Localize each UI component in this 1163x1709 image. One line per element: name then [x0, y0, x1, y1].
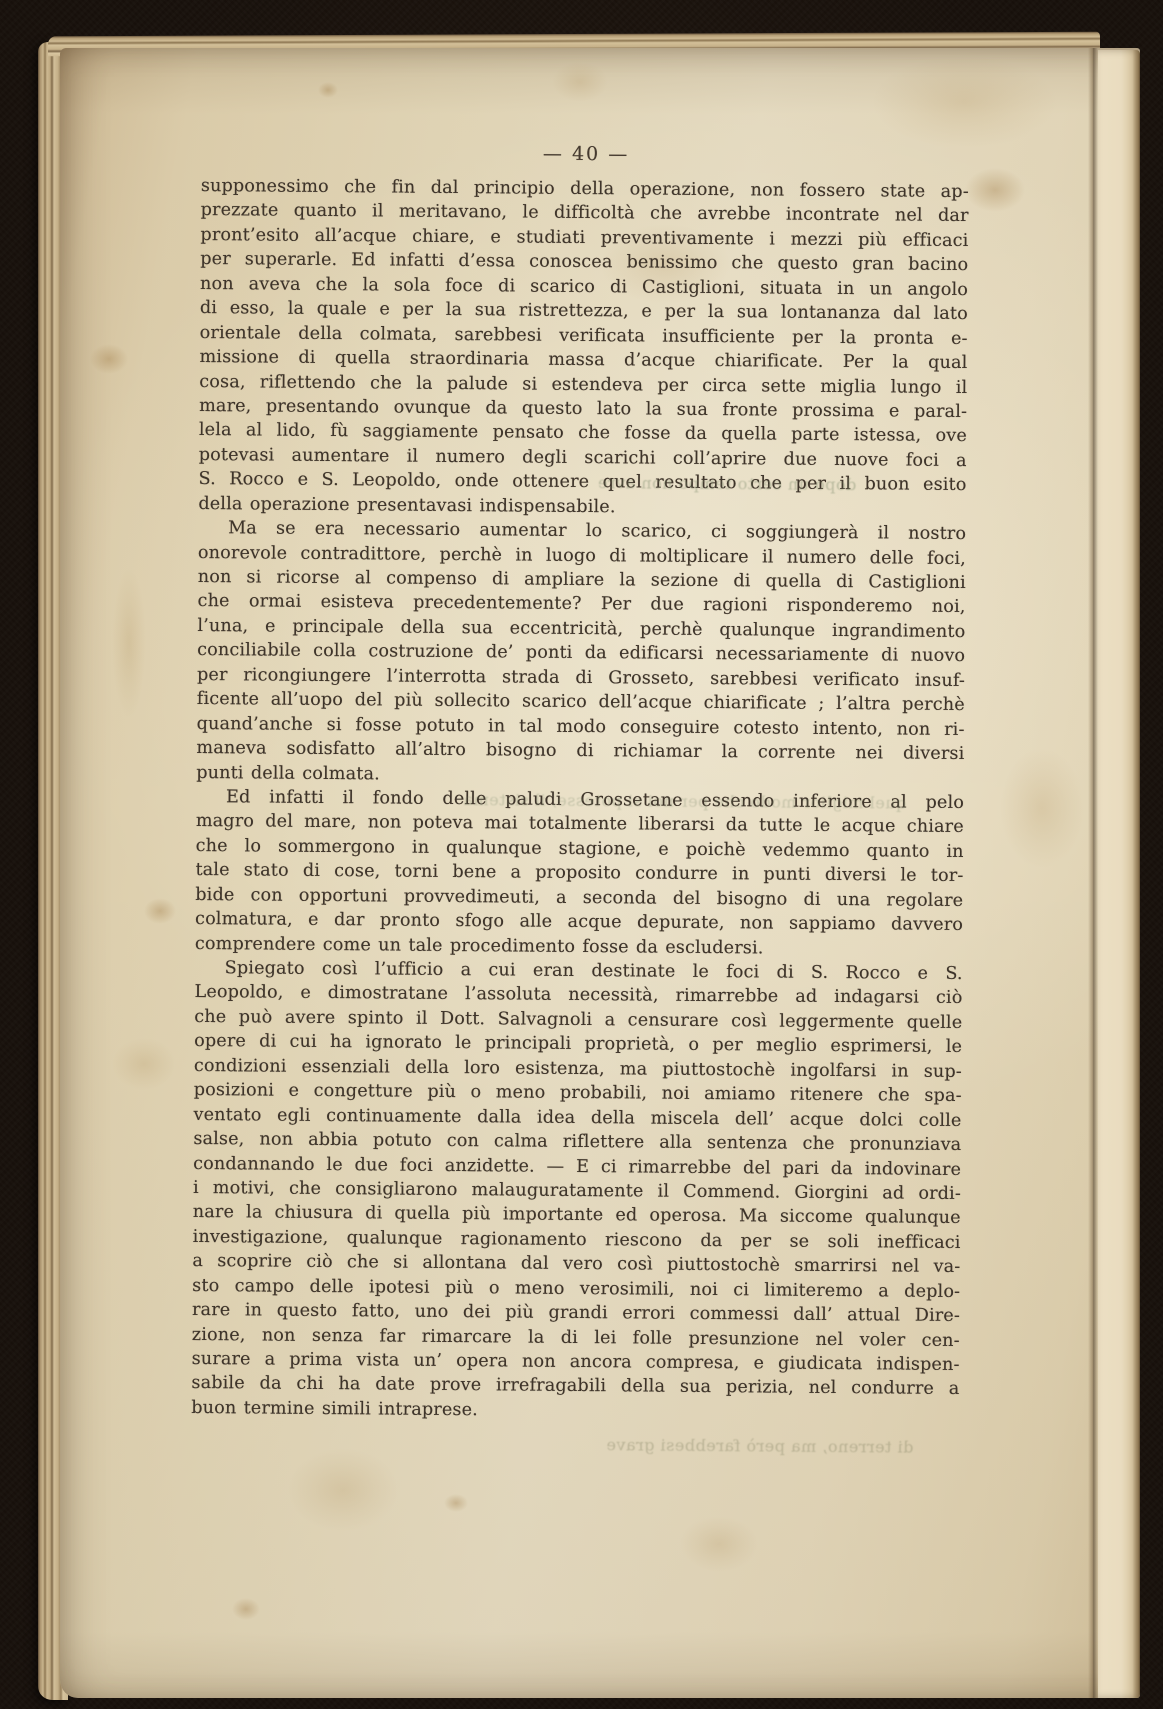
page-number: — 40 — — [201, 140, 971, 168]
facing-page-edge — [1098, 50, 1140, 1698]
page-sheet: — 40 — supponessimo che fin dal principi… — [60, 48, 1140, 1698]
bleed-through-text: di terreno, ma però farebbesi grave — [606, 1435, 914, 1456]
bleed-through-text: dopo un certo tempo non avre — [597, 473, 856, 494]
bleed-through-text: quel miglior modo che per noi si potesse… — [463, 790, 906, 812]
page-content: — 40 — supponessimo che fin dal principi… — [48, 47, 1141, 1705]
book: — 40 — supponessimo che fin dal principi… — [38, 34, 1140, 1702]
gutter-crease — [1088, 48, 1098, 1698]
